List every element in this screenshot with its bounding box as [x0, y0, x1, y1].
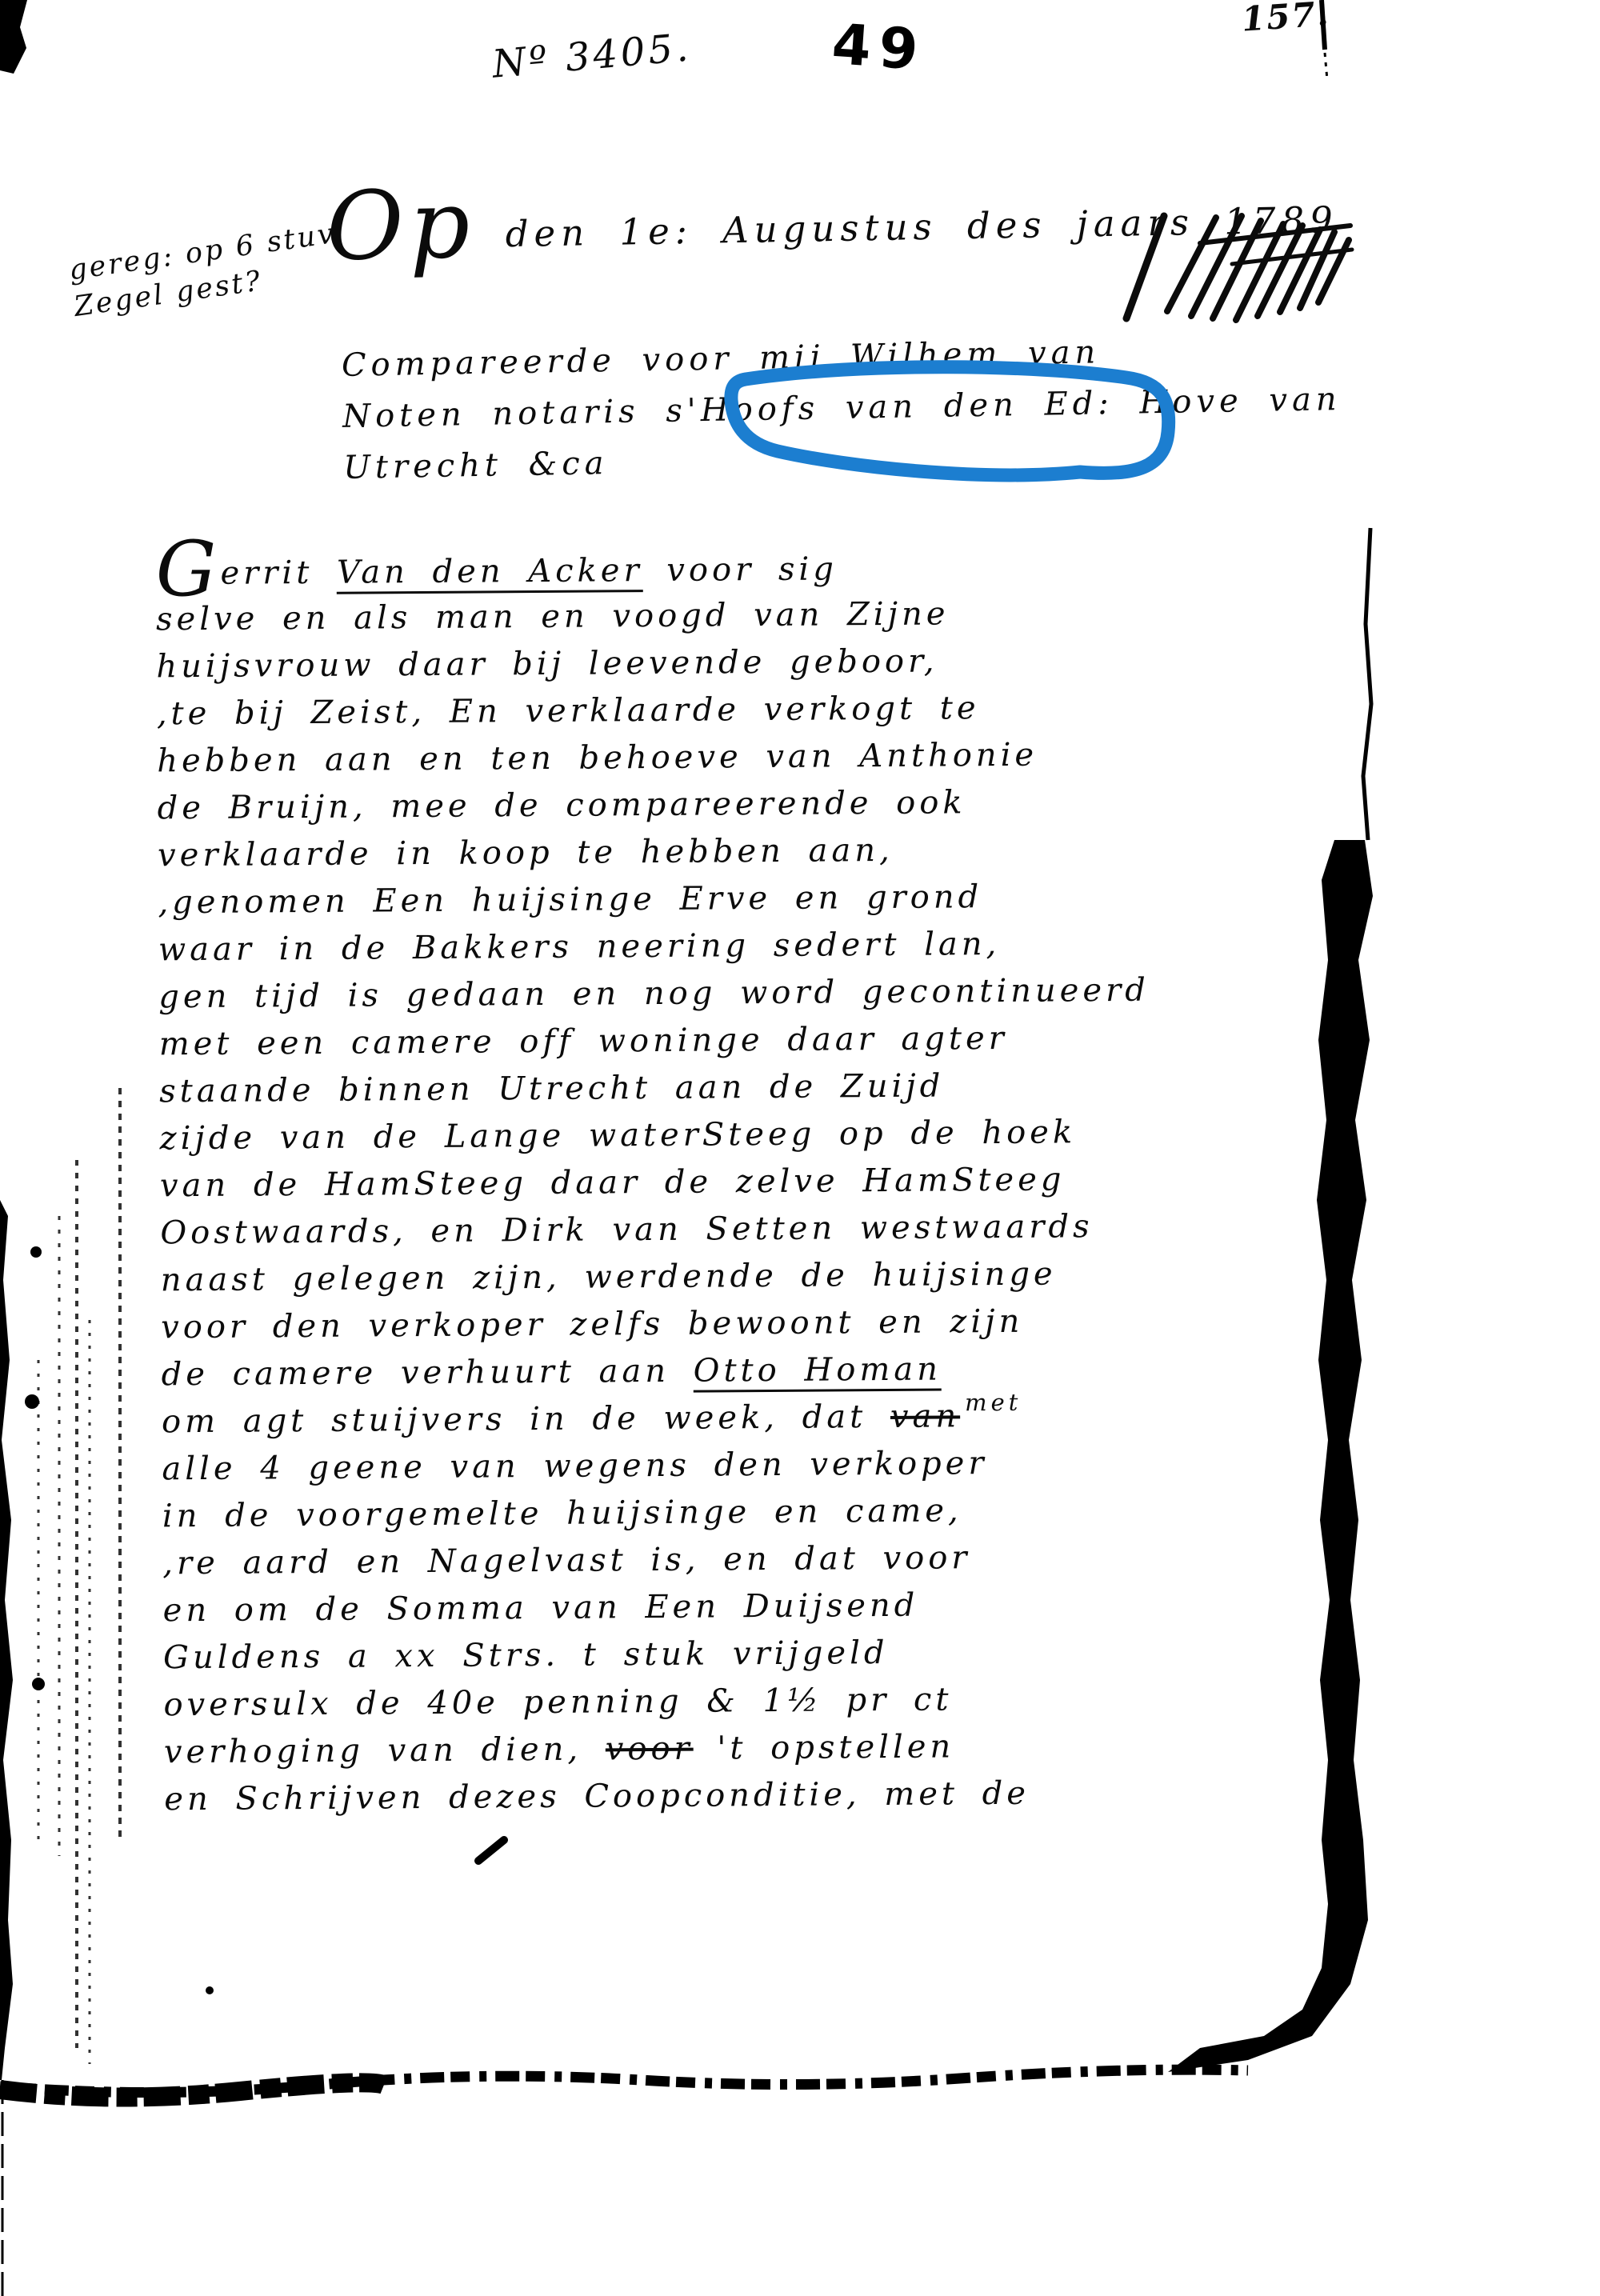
body-line: om agt stuijvers in de week, dat vanmet: [162, 1397, 1153, 1451]
body-line: ,re aard en Nagelvast is, en dat voor: [162, 1538, 1154, 1593]
body-line: gen tijd is gedaan en nog word gecontinu…: [158, 972, 1150, 1026]
scan-streaks: [38, 1088, 120, 2064]
body-line: zijde van de Lange waterSteeg op de hoek: [159, 1114, 1150, 1168]
margin-note: gereg: op 6 stuv Zegel gest?: [66, 215, 343, 326]
deed-body: Gerrit Van den Acker voor sigselve en al…: [155, 547, 1155, 1829]
page-edge-top-right-dots: [1325, 53, 1327, 80]
corner-blemish: [0, 0, 27, 74]
body-line: verhoging van dien, voor 't opstellen: [164, 1727, 1155, 1782]
body-line: Guldens a xx Strs. t stuk vrijgeld: [163, 1633, 1154, 1687]
body-line: ,te bij Zeist, En verklaarde verkogt te: [157, 689, 1148, 743]
body-line: in de voorgemelte huijsinge en came,: [162, 1491, 1154, 1546]
body-line: met een camere off woninge daar agter: [159, 1019, 1150, 1074]
body-line: de Bruijn, mee de compareerende ook: [158, 783, 1149, 838]
docket-number: Nº 3405.: [490, 25, 693, 87]
body-line: verklaarde in koop te hebben aan,: [158, 830, 1149, 885]
body-line: Gerrit Van den Acker voor sig: [155, 547, 1146, 602]
body-line: Oostwaards, en Dirk van Setten westwaard…: [160, 1208, 1151, 1262]
body-line: huijsvrouw daar bij leevende geboor,: [156, 642, 1147, 696]
left-edge-artifact: [0, 1200, 13, 2080]
corner-folio-number: 157.: [1240, 0, 1330, 39]
body-line: en om de Somma van Een Duijsend: [163, 1586, 1154, 1640]
page-edge-right-thin: [1363, 528, 1371, 840]
body-line: oversulx de 40e penning & 1½ pr ct: [163, 1680, 1154, 1734]
body-line: van de HamSteeg daar de zelve HamSteeg: [160, 1161, 1151, 1215]
body-line: alle 4 geene van wegens den verkoper: [162, 1444, 1153, 1498]
scan-edge-bottom: [0, 2070, 1248, 2092]
body-line: ,genomen Een huijsinge Erve en grond: [158, 878, 1149, 932]
body-line: voor den verkoper zelfs bewoont en zijn: [161, 1302, 1152, 1357]
scanned-deed-page: { "page": { "docket_number": "Nº 3405.",…: [0, 0, 1600, 2296]
body-line: staande binnen Utrecht aan de Zuijd: [159, 1066, 1150, 1121]
body-line: selve en als man en voogd van Zijne: [156, 594, 1147, 649]
torn-edge-right: [1168, 840, 1373, 2072]
opening-date-text: den 1e: Augustus des jaars 1789: [475, 198, 1338, 256]
opening-initial: Op: [326, 169, 477, 282]
comparitie-clause: Compareerde voor mij Wilhem van Noten no…: [341, 322, 1342, 494]
bottom-diagonal-mark: [478, 1840, 504, 1861]
body-line: en Schrijven dezes Coopconditie, met de: [164, 1774, 1155, 1829]
body-line: naast gelegen zijn, werdende de huijsing…: [161, 1255, 1152, 1310]
pencil-page-number: 49: [830, 11, 928, 83]
body-line: hebben aan en ten behoeve van Anthonie: [157, 736, 1148, 790]
body-line: waar in de Bakkers neering sedert lan,: [158, 925, 1150, 979]
opening-date-line: Op den 1e: Augustus des jaars 1789: [326, 191, 1339, 258]
scan-edge-bottom-left-thick: [0, 2082, 384, 2097]
